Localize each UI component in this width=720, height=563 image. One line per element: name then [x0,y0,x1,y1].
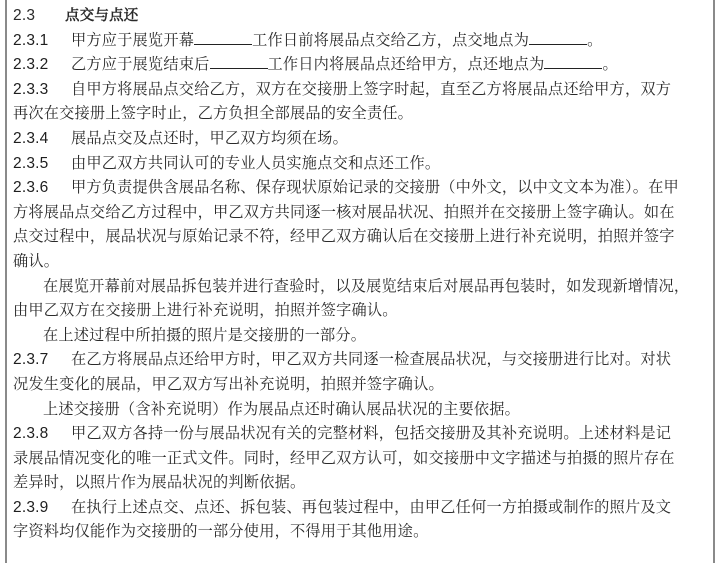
clause-paragraph: 在上述过程中所拍摄的照片是交接册的一部分。 [13,323,703,348]
clause-text: 在展览开幕前对展品拆包装并进行查验时，以及展览结束后对展品再包装时，如发现新增情… [43,277,689,295]
clause-2-3-3: 2.3.3自甲方将展品点交给乙方，双方在交接册上签字时起，直至乙方将展品点还给甲… [13,77,703,102]
clause-text: 录展品情况变化的唯一正式文件。同时，经甲乙双方认可，如交接册中文字描述与拍摄的照… [13,449,675,467]
clause-text: 况发生变化的展品，甲乙双方写出补充说明，拍照并签字确认。 [13,375,444,393]
clause-continuation: 况发生变化的展品，甲乙双方写出补充说明，拍照并签字确认。 [13,372,703,397]
clause-number: 2.3.4 [13,127,71,152]
clause-2-3-5: 2.3.5由甲乙双方共同认可的专业人员实施点交和点还工作。 [13,151,703,176]
clause-text: 工作日前将展品点交给乙方，点交地点为 [252,31,529,49]
clause-number: 2.3.6 [13,176,71,201]
clause-text: 确认。 [13,252,59,270]
clause-2-3-1: 2.3.1甲方应于展览开幕工作日前将展品点交给乙方，点交地点为。 [13,28,703,53]
right-border-line [713,0,715,563]
fill-blank-workdays[interactable] [194,30,252,45]
clause-text: 工作日内将展品点还给甲方，点还地点为 [268,55,545,73]
clause-paragraph: 在展览开幕前对展品拆包装并进行查验时，以及展览结束后对展品再包装时，如发现新增情… [13,274,703,299]
clause-continuation: 由甲乙双方在交接册上进行补充说明，拍照并签字确认。 [13,298,703,323]
clause-number: 2.3.1 [13,29,71,54]
clause-continuation: 差异时，以照片作为展品状况的判断依据。 [13,470,703,495]
clause-number: 2.3.8 [13,422,71,447]
clause-2-3-8: 2.3.8甲乙双方各持一份与展品状况有关的完整材料，包括交接册及其补充说明。上述… [13,421,703,446]
clause-text: 。 [602,55,617,73]
clause-number: 2.3.7 [13,348,71,373]
clause-text: 再次在交接册上签字时止，乙方负担全部展品的安全责任。 [13,104,413,122]
clause-continuation: 字资料均仅能作为交接册的一部分使用，不得用于其他用途。 [13,519,703,544]
clause-number: 2.3.9 [13,496,71,521]
clause-2-3-2: 2.3.2乙方应于展览结束后工作日内将展品点还给甲方，点还地点为。 [13,52,703,77]
clause-continuation: 再次在交接册上签字时止，乙方负担全部展品的安全责任。 [13,101,703,126]
clause-text: 甲方应于展览开幕 [71,31,194,49]
clause-text: 在上述过程中所拍摄的照片是交接册的一部分。 [43,326,366,344]
clause-text: 。 [587,31,602,49]
clause-continuation: 确认。 [13,249,703,274]
section-heading: 2.3点交与点还 [13,3,703,28]
clause-text: 甲方负责提供含展品名称、保存现状原始记录的交接册（中外文，以中文文本为准）。在甲 [71,178,679,196]
clause-text: 自甲方将展品点交给乙方，双方在交接册上签字时起，直至乙方将展品点还给甲方，双方 [71,80,671,98]
clause-text: 展品点交及点还时，甲乙双方均须在场。 [71,129,348,147]
clause-text: 在执行上述点交、点还、拆包装、再包装过程中，由甲乙任何一方拍摄或制作的照片及文 [71,498,671,516]
clause-continuation: 录展品情况变化的唯一正式文件。同时，经甲乙双方认可，如交接册中文字描述与拍摄的照… [13,446,703,471]
left-border-line [5,0,7,563]
clause-text: 乙方应于展览结束后 [71,55,210,73]
clause-2-3-9: 2.3.9在执行上述点交、点还、拆包装、再包装过程中，由甲乙任何一方拍摄或制作的… [13,495,703,520]
clause-text: 方将展品点交给乙方过程中，甲乙双方共同逐一核对展品状况、拍照并在交接册上签字确认… [13,203,675,221]
section-title: 点交与点还 [65,8,139,24]
clause-number: 2.3.5 [13,152,71,177]
clause-text: 在乙方将展品点还给甲方时，甲乙双方共同逐一检查展品状况，与交接册进行比对。对状 [71,350,671,368]
clause-text: 点交过程中，展品状况与原始记录不符，经甲乙双方确认后在交接册上进行补充说明，拍照… [13,227,675,245]
clause-text: 由甲乙双方在交接册上进行补充说明，拍照并签字确认。 [13,301,398,319]
clause-text: 上述交接册（含补充说明）作为展品点还时确认展品状况的主要依据。 [43,400,520,418]
clause-continuation: 点交过程中，展品状况与原始记录不符，经甲乙双方确认后在交接册上进行补充说明，拍照… [13,224,703,249]
clause-2-3-7: 2.3.7在乙方将展品点还给甲方时，甲乙双方共同逐一检查展品状况，与交接册进行比… [13,347,703,372]
clause-paragraph: 上述交接册（含补充说明）作为展品点还时确认展品状况的主要依据。 [13,397,703,422]
contract-document: 2.3点交与点还 2.3.1甲方应于展览开幕工作日前将展品点交给乙方，点交地点为… [13,3,703,544]
clause-text: 甲乙双方各持一份与展品状况有关的完整材料，包括交接册及其补充说明。上述材料是记 [71,424,671,442]
clause-number: 2.3.3 [13,78,71,103]
clause-continuation: 方将展品点交给乙方过程中，甲乙双方共同逐一核对展品状况、拍照并在交接册上签字确认… [13,200,703,225]
fill-blank-workdays[interactable] [210,54,268,69]
section-number: 2.3 [13,4,65,29]
clause-number: 2.3.2 [13,53,71,78]
fill-blank-location[interactable] [544,54,602,69]
clause-text: 由甲乙双方共同认可的专业人员实施点交和点还工作。 [71,154,440,172]
clause-2-3-6: 2.3.6甲方负责提供含展品名称、保存现状原始记录的交接册（中外文，以中文文本为… [13,175,703,200]
clause-2-3-4: 2.3.4展品点交及点还时，甲乙双方均须在场。 [13,126,703,151]
clause-text: 字资料均仅能作为交接册的一部分使用，不得用于其他用途。 [13,522,428,540]
clause-text: 差异时，以照片作为展品状况的判断依据。 [13,473,305,491]
fill-blank-location[interactable] [529,30,587,45]
